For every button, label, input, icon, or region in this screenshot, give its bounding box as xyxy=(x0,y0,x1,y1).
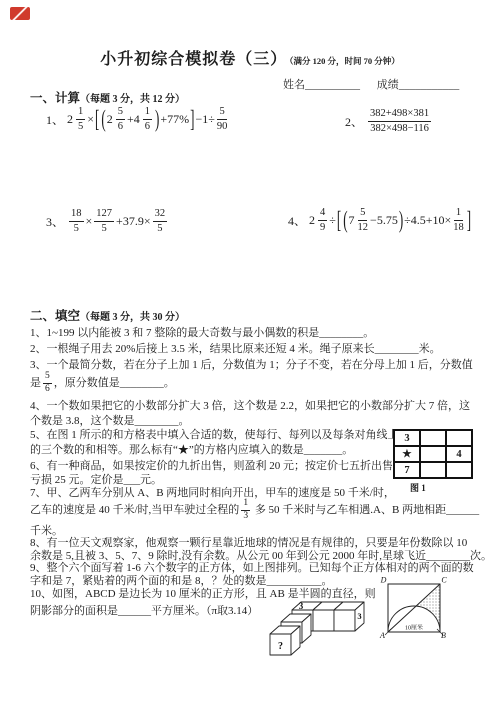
formula-token: ] xyxy=(190,104,194,134)
formula-token: 2、一根绳子用去 20%后接上 3.5 米，结果比原来还短 4 米。绳子原来长_… xyxy=(30,343,441,356)
formula-token: × xyxy=(87,112,94,127)
name-blank: __________ xyxy=(305,79,360,91)
formula-token: 6、有一种商品，如果按定价的九折出售，则盈利 20 元；按定价七五折出售， xyxy=(30,460,404,473)
formula-token: 185 xyxy=(69,208,84,233)
formula-token: 5、在图 1 所示的和方格表中填入合适的数，使每行、每列以及每条对角线上 xyxy=(30,429,399,442)
formula-token: 是 xyxy=(30,377,41,390)
corner-c-label: C xyxy=(441,576,447,585)
formula-token: 7 xyxy=(349,213,355,228)
fill-line-19: 阴影部分的面积是______平方厘米。（π取3.14） xyxy=(30,604,258,618)
formula-token: 9、整个六个面写着 1-6 六个数字的正方体，如上图排列。已知每个正方体相对的两… xyxy=(30,562,474,575)
formula-token: 个数是 3.8，这个数是________。 xyxy=(30,415,190,428)
fill-line-9: 6、有一种商品，如果按定价的九折出售，则盈利 20 元；按定价七五折出售， xyxy=(30,459,404,473)
formula-token: 249 xyxy=(309,207,329,232)
formula-token: 1275 xyxy=(94,208,114,233)
fill-line-1: 1、1~199 以内能被 3 和 7 整除的最大奇数与最小偶数的积是______… xyxy=(30,326,374,340)
fill-line-11: 7、甲、乙两车分别从 A、B 两地同时相向开出，甲车的速度是 50 千米/时， xyxy=(30,486,395,500)
fill-line-2: 2、一根绳子用去 20%后接上 3.5 米，结果比原来还短 4 米。绳子原来长_… xyxy=(30,342,441,356)
formula-token: 56 xyxy=(116,106,125,131)
section2-note: （每题 3 分，共 30 分） xyxy=(80,312,185,323)
formula-token: 7512 xyxy=(349,207,371,232)
grid-cell: ★ xyxy=(394,446,420,462)
grid-cell xyxy=(420,462,446,478)
formula-token: 90 xyxy=(217,120,228,132)
page-title: 小升初综合模拟卷（三） xyxy=(100,51,287,68)
formula-token: 6 xyxy=(45,384,50,395)
corner-a-label: A xyxy=(379,631,385,640)
grid-cell xyxy=(420,430,446,446)
formula-token: 3、一个最简分数，若在分子上加 1 后，分数值为 1；分子不变，若在分母上加 1… xyxy=(30,359,473,372)
fill-line-16: 9、整个六个面写着 1-6 六个数字的正方体，如上图排列。已知每个正方体相对的两… xyxy=(30,561,474,575)
formula-token: 1 xyxy=(76,106,85,119)
formula-token: 512 xyxy=(358,207,369,232)
calc-q4: 4、 249÷[(7512−5.75)÷4.5+10×118] xyxy=(288,203,472,237)
formula-token: 3 xyxy=(243,511,248,522)
title-note: （满分 120 分，时间 70 分钟） xyxy=(289,56,400,66)
formula-token: −5.75 xyxy=(370,213,398,228)
formula-token: 亏损 25 元。定价是___元。 xyxy=(30,474,162,487)
fill-line-5: 4、一个数如果把它的小数部分扩大 3 倍，这个数是 2.2，如果把它的小数部分扩… xyxy=(30,399,470,413)
formula-token: 32 xyxy=(153,208,168,221)
grid-cell xyxy=(446,430,472,446)
formula-token: ÷ xyxy=(329,213,336,228)
side-length-label: 10厘米 xyxy=(405,624,423,632)
formula-token: 382+498×381382×498−116 xyxy=(368,108,431,133)
formula-token: 1、1~199 以内能被 3 和 7 整除的最大奇数与最小偶数的积是______… xyxy=(30,327,374,340)
formula-token: 多 50 千米时与乙车相遇.A、B 两地相距______ xyxy=(252,504,479,517)
formula-token: 5 xyxy=(116,106,125,119)
formula-token: 590 xyxy=(217,106,228,131)
formula-token: 5 xyxy=(43,372,52,384)
formula-token: 2、 xyxy=(345,113,366,130)
formula-token: 1、 xyxy=(46,111,67,128)
grid-cell xyxy=(420,446,446,462)
formula-token: [ xyxy=(337,205,341,235)
cube-front-label: ? xyxy=(278,641,283,652)
formula-token: 256 xyxy=(107,106,127,131)
corner-stamp-icon xyxy=(10,7,30,20)
cube-right-label: 3 xyxy=(357,611,361,621)
formula-token: 127 xyxy=(94,208,114,221)
corner-d-label: D xyxy=(380,576,387,585)
formula-token: 6 xyxy=(118,120,123,132)
magic-square-grid: 3 ★ 4 7 xyxy=(393,429,473,479)
formula-token: 49 xyxy=(318,207,327,232)
cubes-figure: 3 3 ? xyxy=(262,586,374,658)
formula-token: 1 xyxy=(454,207,463,220)
formula-token: 4、一个数如果把它的小数部分扩大 3 倍，这个数是 2.2，如果把它的小数部分扩… xyxy=(30,400,470,413)
formula-token: 的三个数的和相等。那么标有“★”的方格内应填入的数是_______。 xyxy=(30,444,353,457)
section2-heading: 二、填空（每题 3 分，共 30 分） xyxy=(30,306,185,324)
formula-token: +37.9× xyxy=(116,214,151,229)
formula-token: ( xyxy=(101,104,105,134)
formula-token: 5 xyxy=(358,207,367,220)
fill-line-12: 乙车的速度是 40 千米/时,当甲车驶过全程的13 多 50 千米时与乙车相遇.… xyxy=(30,500,479,520)
formula-token: 5 xyxy=(157,222,162,234)
grid-cell xyxy=(446,462,472,478)
formula-token: 8、有一位天文观察家，他观察一颗行星靠近地球的情况是有规律的，只要是年份数除以 … xyxy=(30,537,467,550)
fill-line-3: 3、一个最简分数，若在分子上加 1 后，分数值为 1；分子不变，若在分母上加 1… xyxy=(30,358,473,372)
fill-line-4: 是56，原分数值是________。 xyxy=(30,373,175,393)
formula-token: × xyxy=(86,214,93,229)
formula-token: ] xyxy=(467,205,471,235)
formula-token: 16 xyxy=(143,106,152,131)
formula-token: 215 xyxy=(67,106,87,131)
formula-token: 382+498×381 xyxy=(368,108,431,121)
header: 小升初综合模拟卷（三）（满分 120 分，时间 70 分钟） xyxy=(0,46,500,69)
formula-token: 7、甲、乙两车分别从 A、B 两地同时相向开出，甲车的速度是 50 千米/时， xyxy=(30,487,395,500)
fill-line-7: 5、在图 1 所示的和方格表中填入合适的数，使每行、每列以及每条对角线上 xyxy=(30,428,399,442)
formula-token: 4 xyxy=(318,207,327,220)
score-label: 成绩 xyxy=(377,79,399,91)
formula-token: 15 xyxy=(76,106,85,131)
formula-token: 1 xyxy=(241,499,250,511)
score-blank: ___________ xyxy=(399,79,460,91)
formula-token: 56 xyxy=(43,372,52,395)
square-semicircle-figure: D C A B 10厘米 xyxy=(378,574,462,640)
calc-q1: 1、 215×[(256+416)+77%]−1÷590 xyxy=(46,102,229,136)
formula-token: 5 xyxy=(74,222,79,234)
figure1-caption: 图 1 xyxy=(410,481,426,494)
fill-line-14: 8、有一位天文观察家，他观察一颗行星靠近地球的情况是有规律的，只要是年份数除以 … xyxy=(30,536,467,550)
formula-token: 18 xyxy=(69,208,84,221)
formula-token: 2 xyxy=(107,112,113,127)
fill-line-10: 亏损 25 元。定价是___元。 xyxy=(30,473,162,487)
formula-token: 382×498−116 xyxy=(370,122,429,134)
corner-b-label: B xyxy=(441,631,446,640)
formula-token: ÷4.5+10× xyxy=(404,213,451,228)
formula-token: 阴影部分的面积是______平方厘米。（π取3.14） xyxy=(30,605,258,618)
formula-token: +77% xyxy=(160,112,189,127)
formula-token: 乙车的速度是 40 千米/时,当甲车驶过全程的 xyxy=(30,504,239,517)
formula-token: ) xyxy=(399,205,403,235)
formula-token: ( xyxy=(343,205,347,235)
formula-token: 18 xyxy=(453,221,464,233)
formula-token: 3、 xyxy=(46,213,67,230)
formula-token: ) xyxy=(155,104,159,134)
grid-cell: 7 xyxy=(394,462,420,478)
grid-cell: 4 xyxy=(446,446,472,462)
cube-top-label: 3 xyxy=(299,601,304,611)
formula-token: 2 xyxy=(309,213,315,228)
formula-token: 416 xyxy=(134,106,154,131)
formula-token: ，原分数值是________。 xyxy=(54,377,175,390)
name-score-row: 姓名__________ 成绩___________ xyxy=(283,76,459,92)
formula-token: 5 xyxy=(102,222,107,234)
calc-q2: 2、 382+498×381382×498−116 xyxy=(345,104,433,138)
formula-token: + xyxy=(127,112,134,127)
section2-title: 二、填空 xyxy=(30,309,80,323)
formula-token: 4、 xyxy=(288,212,309,229)
formula-token: −1÷ xyxy=(195,112,214,127)
formula-token: 5 xyxy=(78,120,83,132)
fill-line-6: 个数是 3.8，这个数是________。 xyxy=(30,414,190,428)
formula-token: 1 xyxy=(143,106,152,119)
formula-token: 118 xyxy=(453,207,464,232)
cube-group xyxy=(270,602,364,655)
formula-token: 5 xyxy=(217,106,226,119)
formula-token: 6 xyxy=(145,120,150,132)
calc-q3: 3、 185×1275+37.9×325 xyxy=(46,204,169,238)
grid-cell: 3 xyxy=(394,430,420,446)
formula-token: 4 xyxy=(134,112,140,127)
formula-token: 325 xyxy=(153,208,168,233)
formula-token: 9 xyxy=(320,221,325,233)
formula-token: 12 xyxy=(358,221,369,233)
name-label: 姓名 xyxy=(283,79,305,91)
formula-token: [ xyxy=(95,104,99,134)
formula-token: 2 xyxy=(67,112,73,127)
fill-line-8: 的三个数的和相等。那么标有“★”的方格内应填入的数是_______。 xyxy=(30,443,353,457)
formula-token: 13 xyxy=(241,499,250,522)
